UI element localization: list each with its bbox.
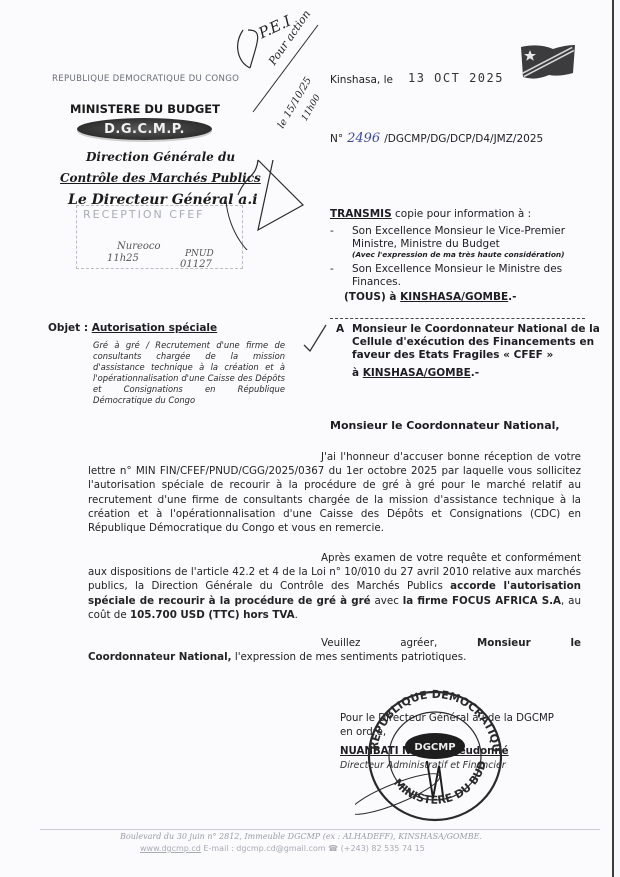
- reception-stamp-title: RECEPTION CFEF: [83, 208, 205, 221]
- addressee-text: Monsieur le Coordonnateur National de la…: [336, 323, 606, 362]
- drc-flag-icon: [519, 43, 577, 81]
- subject-heading: Objet : Autorisation spéciale: [48, 322, 217, 334]
- tous-suffix: .-: [508, 291, 516, 303]
- city-label: Kinshasa, le: [330, 74, 393, 86]
- closing-addressee: Coordonnateur National,: [88, 651, 232, 663]
- letter-page: REPUBLIQUE DEMOCRATIQUE DU CONGO MINISTE…: [0, 0, 614, 877]
- addressee-block: A Monsieur le Coordonnateur National de …: [336, 323, 606, 381]
- closing-word: le: [570, 636, 581, 650]
- reception-stamp-name: Nureoco: [117, 241, 161, 252]
- copy-recipient: - Son Excellence Monsieur le Ministre de…: [330, 263, 610, 289]
- reception-stamp-time: 11h25: [107, 253, 139, 264]
- addressee-prefix: A: [336, 323, 344, 336]
- footer-divider: [40, 829, 600, 830]
- reception-stamp-number: 01127: [180, 259, 212, 270]
- addressee-location-name: KINSHASA/GOMBE: [363, 367, 471, 379]
- closing-rest: l'expression de mes sentiments patriotiq…: [232, 651, 467, 663]
- addressee-location-suffix: .-: [471, 367, 479, 379]
- addressee-location-prefix: à: [352, 367, 363, 379]
- closing-word: agréer,: [400, 636, 437, 650]
- ministry-name: MINISTERE DU BUDGET: [70, 102, 220, 116]
- dgcmp-logo-text: D.G.C.M.P.: [104, 122, 185, 137]
- transmis-label: TRANSMIS: [330, 208, 392, 220]
- closing-word: Monsieur: [477, 636, 531, 650]
- footer-website-link[interactable]: www.dgcmp.cd: [140, 844, 201, 853]
- republic-header: REPUBLIQUE DEMOCRATIQUE DU CONGO: [52, 74, 239, 84]
- dashed-divider: [330, 318, 585, 319]
- subject-detail: Gré à gré / Recrutement d'une firme de c…: [93, 340, 285, 407]
- p2-text-b: avec: [371, 595, 403, 607]
- date-stamp: 13 OCT 2025: [408, 71, 504, 85]
- footer-email: E-mail : dgcmp.cd@gmail.com: [201, 844, 326, 853]
- subject-title: Autorisation spéciale: [92, 322, 217, 334]
- copy-all-location: (TOUS) à KINSHASA/GOMBE.-: [330, 291, 610, 304]
- copy-recipient: - Son Excellence Monsieur le Vice-Premie…: [330, 225, 610, 260]
- subject-label: Objet :: [48, 322, 92, 334]
- footer-address: Boulevard du 30 juin n° 2812, Immeuble D…: [120, 832, 482, 841]
- p2-amount: 105.700 USD (TTC) hors TVA: [130, 609, 295, 621]
- footer-contacts: www.dgcmp.cd E-mail : dgcmp.cd@gmail.com…: [140, 844, 425, 853]
- official-seal-icon: REPUBLIQUE DEMOCRATIQUE DU CONGO MINISTE…: [355, 686, 515, 822]
- closing-paragraph: Veuillezagréer,Monsieurle Coordonnateur …: [88, 636, 581, 664]
- copy-recipient-text: Son Excellence Monsieur le Vice-Premier …: [352, 225, 610, 251]
- body-paragraph-2: Après examen de votre requête et conform…: [88, 551, 581, 622]
- p2-firm-name: la firme FOCUS AFRICA S.A: [403, 595, 561, 607]
- copy-recipient-note: (Avec l'expression de ma très haute cons…: [352, 250, 610, 259]
- reference-number: N°2496/DGCMP/DG/DCP/D4/JMZ/2025: [330, 131, 543, 146]
- dgcmp-logo: D.G.C.M.P.: [77, 118, 212, 140]
- checkmark-icon: [302, 323, 328, 353]
- reception-stamp-project: PNUD: [185, 249, 214, 259]
- reference-prefix: N°: [330, 133, 343, 145]
- reference-suffix: /DGCMP/DG/DCP/D4/JMZ/2025: [384, 133, 543, 145]
- body-paragraph-1: J'ai l'honneur d'accuser bonne réception…: [88, 450, 581, 535]
- addressee-location: à KINSHASA/GOMBE.-: [336, 367, 606, 380]
- copy-list: TRANSMIS copie pour information à : - So…: [330, 208, 610, 304]
- p2-text-d: .: [295, 609, 298, 621]
- closing-word: Veuillez: [321, 636, 360, 650]
- copy-recipient-text: Son Excellence Monsieur le Ministre des …: [352, 263, 610, 289]
- tous-location: KINSHASA/GOMBE: [400, 291, 508, 303]
- salutation: Monsieur le Coordonnateur National,: [330, 419, 560, 432]
- direction-line-1: Direction Générale du: [86, 150, 235, 164]
- svg-text:DGCMP: DGCMP: [414, 742, 455, 753]
- footer-phone: ☎ (+243) 82 535 74 15: [326, 844, 425, 853]
- transmis-intro: copie pour information à :: [392, 208, 532, 220]
- tous-prefix: (TOUS) à: [344, 291, 400, 303]
- reference-handwritten-number: 2496: [347, 131, 380, 146]
